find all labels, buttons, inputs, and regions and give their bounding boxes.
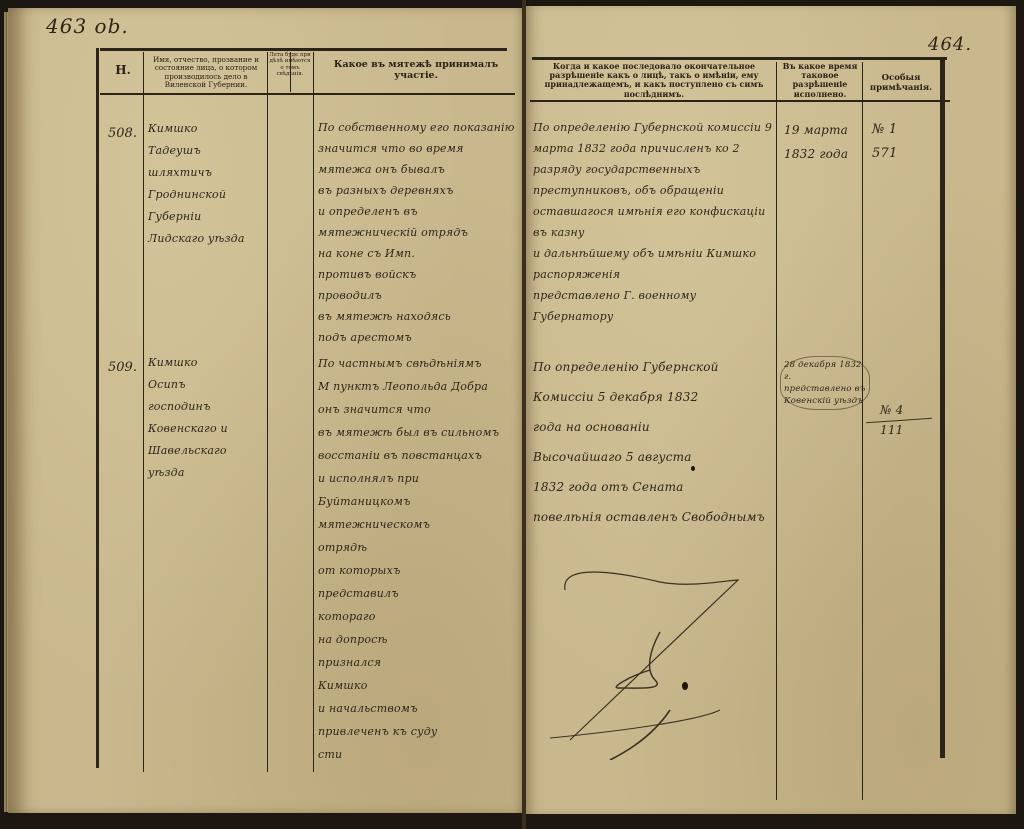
- folio-number-right: 464.: [928, 34, 972, 55]
- entry-name: Кимшко Осипъ господинъ Ковенскаго и Шаве…: [148, 352, 266, 484]
- header-number: Н.: [108, 64, 138, 78]
- ledger-spread: 463 ob. 464. Н. Имя, отчество, прозвание…: [0, 0, 1024, 829]
- left-border-rule: [96, 48, 99, 768]
- entry-participation: По частнымъ свѣдѣніямъ М пунктъ Леопольд…: [318, 352, 516, 766]
- header-executed: Въ какое время таковое разрѣшеніе исполн…: [779, 62, 861, 99]
- col-divider-2: [267, 52, 268, 772]
- header-age: Лета буде при дѣлѣ имѣются о томъ свѣдѣн…: [268, 52, 312, 77]
- paper-hole: [682, 682, 688, 690]
- col-divider-4: [313, 52, 314, 772]
- entry-participation: По собственному его показанію значится ч…: [318, 117, 516, 348]
- header-resolution: Когда и какое последовало окончательное …: [532, 62, 776, 99]
- entry-executed: 28 декабря 1832 г. представлено въ Ковен…: [780, 356, 870, 410]
- header-name: Имя, отчество, прозвание и состояние лиц…: [146, 56, 266, 89]
- entry-resolution: По определенію Губернской Комиссіи 5 дек…: [533, 352, 773, 532]
- right-border-rule: [940, 58, 945, 758]
- entry-number: 508.: [108, 126, 137, 141]
- entry-executed: 19 марта 1832 года: [784, 118, 860, 166]
- folio-number-left: 463 ob.: [46, 14, 129, 38]
- entry-resolution: По определенію Губернской комиссіи 9 мар…: [533, 117, 773, 327]
- header-bottom-rule-left: [100, 93, 515, 95]
- header-remarks: Особыя примѣчанія.: [864, 74, 938, 94]
- col-divider-6: [862, 62, 863, 800]
- entry-name: Кимшко Тадеушъ шляхтичъ Гроднинской Губе…: [148, 118, 266, 250]
- paper-hole: [691, 466, 695, 471]
- col-divider-1: [143, 52, 144, 772]
- book-gutter: [522, 0, 526, 829]
- header-top-rule-right: [532, 57, 947, 60]
- entry-remarks: № 1 571: [872, 118, 936, 166]
- signature-flourish: [550, 560, 790, 760]
- entry-number: 509.: [108, 360, 137, 375]
- header-top-rule-left: [100, 48, 507, 51]
- header-bottom-rule-right: [530, 100, 950, 102]
- header-participation: Какое въ мятежѣ принималъ участіе.: [318, 60, 514, 82]
